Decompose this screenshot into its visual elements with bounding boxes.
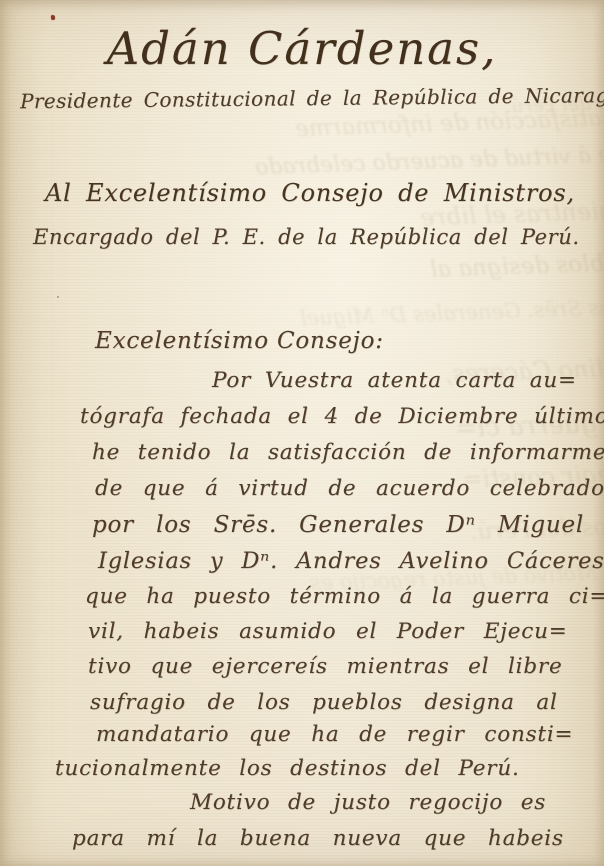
body-line: he tenido la satisfacción de informarme [92,440,604,465]
body-line: Motivo de justo regocijo es [190,790,546,815]
body-line: vil, habeis asumido el Poder Ejecu= [88,619,568,644]
body-line: por los Srēs. Generales Dⁿ Miguel [92,512,584,538]
body-line: Por Vuestra atenta carta au= [212,368,577,393]
recipient-line-2: Encargado del P. E. de la República del … [33,225,580,249]
letterhead-title: Presidente Constitucional de la Repúblic… [20,83,604,113]
manuscript-page: Encargado del P. E. de la República del … [0,0,604,866]
salutation: Excelentísimo Consejo: [95,328,384,354]
body-line: para mí la buena nueva que habeis [72,826,564,851]
ink-speck [51,15,55,20]
body-line: tógrafa fechada el 4 de Diciembre último… [80,404,604,429]
bleedthrough-line: sufragio de los pueblos designa al [430,243,604,283]
body-line: tivo que ejercereís mientras el libre [88,654,563,679]
body-line: mandatario que ha de regir consti= [96,722,573,747]
body-line: que ha puesto término á la guerra ci= [85,584,604,609]
bleedthrough-line: por los Srēs. Generales Dⁿ Miguel [300,294,604,331]
body-line: tucionalmente los destinos del Perú. [55,756,520,781]
paper-fiber [57,296,59,298]
body-line: de que á virtud de acuerdo celebrado [95,476,604,501]
recipient-line-1: Al Excelentísimo Consejo de Ministros, [45,179,575,207]
body-line: sufragio de los pueblos designa al [90,690,558,715]
letterhead-name: Adán Cárdenas, [0,22,604,75]
body-line: Iglesias y Dⁿ. Andres Avelino Cáceres, [98,548,604,574]
bleedthrough-line: de que á virtud de acuerdo celebrado [255,141,604,181]
